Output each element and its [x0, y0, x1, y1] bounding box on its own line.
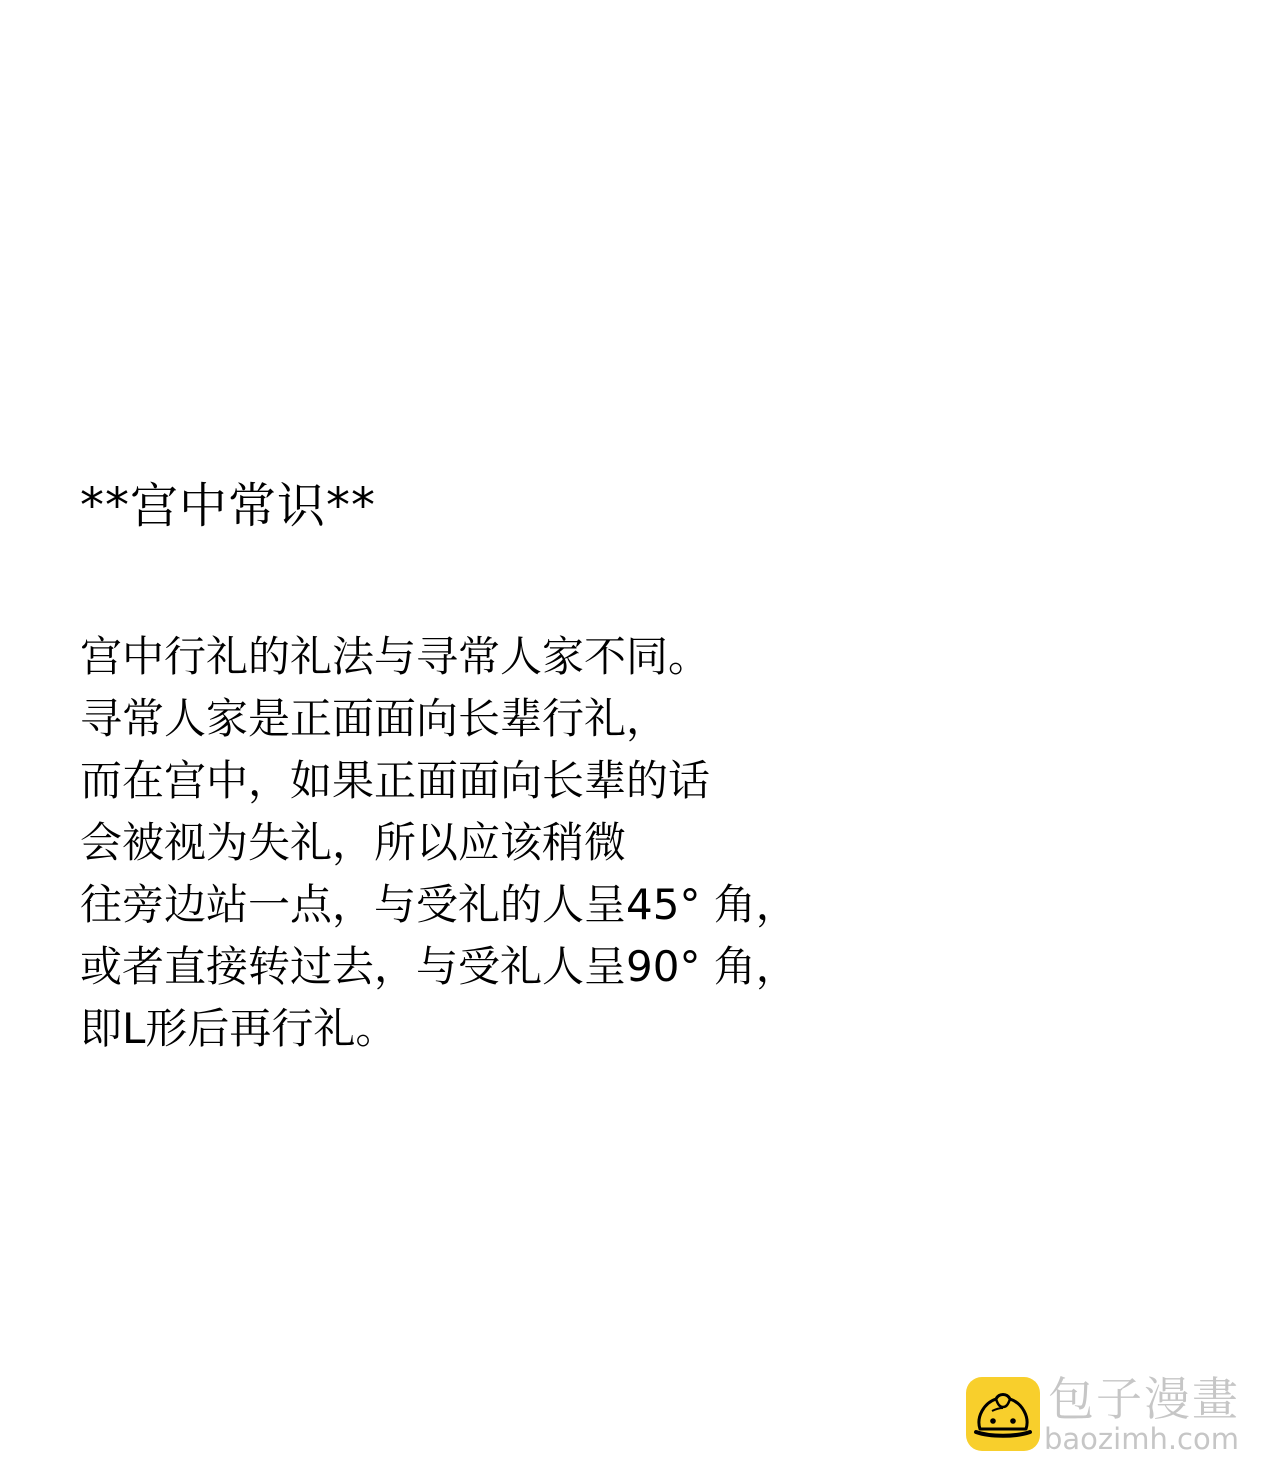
paragraph-line: 即L形后再行礼。 — [80, 998, 798, 1060]
paragraph-line: 往旁边站一点，与受礼的人呈45° 角， — [80, 874, 798, 936]
watermark-url: baozimh.com — [1044, 1424, 1240, 1454]
watermark: 包子漫畫 baozimh.com — [966, 1374, 1240, 1454]
steamed-bun-icon — [966, 1377, 1040, 1451]
paragraph: 宫中行礼的礼法与寻常人家不同。 寻常人家是正面面向长辈行礼， 而在宫中，如果正面… — [80, 626, 798, 1060]
paragraph-line: 会被视为失礼，所以应该稍微 — [80, 812, 798, 874]
paragraph-line: 寻常人家是正面面向长辈行礼， — [80, 688, 798, 750]
paragraph-line: 而在宫中，如果正面面向长辈的话 — [80, 750, 798, 812]
paragraph-line: 宫中行礼的礼法与寻常人家不同。 — [80, 626, 798, 688]
watermark-name: 包子漫畫 — [1048, 1374, 1240, 1424]
page-title: **宫中常识** — [80, 474, 376, 538]
paragraph-line: 或者直接转过去，与受礼人呈90° 角， — [80, 936, 798, 998]
